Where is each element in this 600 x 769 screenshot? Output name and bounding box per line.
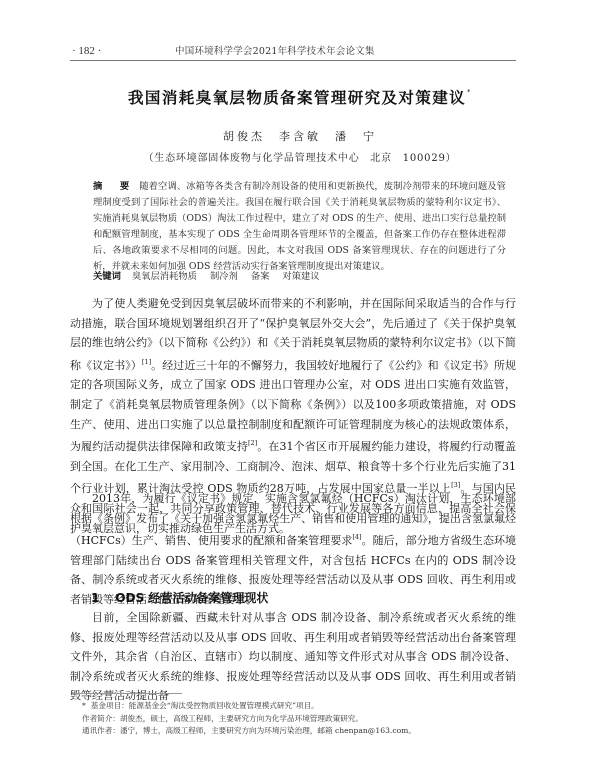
funding-note: *基金项目：能源基金会“淘汰受控物质回收处置管理模式研究”项目。: [82, 700, 512, 713]
abstract-label: 摘 要: [93, 181, 133, 192]
author-bio-note: 作者简介：胡俊杰，硕士，高级工程师，主要研究方向为化学品环境管理政策研究。: [82, 713, 512, 726]
affiliation: （生态环境部固体废物与化学品管理技术中心 北京 100029）: [0, 149, 600, 164]
abstract-text: 随着空调、冰箱等各类含有制冷剂设备的使用和更新换代，废制冷剂带来的环境问题及管理…: [93, 181, 506, 272]
running-header: · 182 · 中国环境科学学会2021年科学技术年会论文集: [70, 44, 516, 60]
footnote-mark: *: [82, 701, 86, 710]
paper-title-text: 我国消耗臭氧层物质备案管理研究及对策建议: [128, 89, 466, 107]
citation-ref: [2]: [248, 439, 257, 447]
document-page: · 182 · 中国环境科学学会2021年科学技术年会论文集 我国消耗臭氧层物质…: [0, 0, 600, 769]
abstract: 摘 要随着空调、冰箱等各类含有制冷剂设备的使用和更新换代，废制冷剂带来的环境问题…: [93, 179, 506, 275]
keywords: 关键词 臭氧层消耗物质 制冷剂 备案 对策建议: [93, 269, 506, 285]
citation-ref: [1]: [142, 358, 151, 366]
footnote-rule: [72, 693, 182, 694]
corresponding-author-note: 通讯作者：潘宁，博士，高级工程师，主要研究方向为环境污染治理，邮箱 chenpa…: [82, 725, 512, 738]
keyword: 对策建议: [282, 271, 319, 282]
title-footnote-mark: *: [467, 88, 472, 96]
journal-name: 中国环境科学学会2021年科学技术年会论文集: [175, 45, 375, 59]
section-heading-1: 1ODS 经营活动备案管理现状: [91, 589, 268, 606]
paper-title: 我国消耗臭氧层物质备案管理研究及对策建议*: [0, 86, 600, 108]
header-rule: [70, 60, 516, 61]
paragraph-text: 目前，全国除新疆、西藏未针对从事含 ODS 制冷设备、制冷系统或者灭火系统的维修…: [70, 608, 516, 706]
page-number: · 182 ·: [72, 44, 101, 58]
paragraph-text: 。经过近三十年的不懈努力，我国较好地履行了《公约》和《议定书》所规定的各项国际义…: [70, 359, 516, 453]
funding-text: 基金项目：能源基金会“淘汰受控物质回收处置管理模式研究”项目。: [91, 701, 319, 710]
keyword: 臭氧层消耗物质: [132, 271, 197, 282]
author-list: 胡俊杰 李含敏 潘 宁: [0, 128, 600, 144]
keywords-label: 关键词: [93, 271, 121, 282]
keyword: 制冷剂: [210, 271, 238, 282]
section-number: 1: [91, 591, 99, 605]
footnotes: *基金项目：能源基金会“淘汰受控物质回收处置管理模式研究”项目。 作者简介：胡俊…: [82, 700, 512, 738]
section-title: ODS 经营活动备案管理现状: [115, 591, 268, 605]
citation-ref: [4]: [352, 533, 361, 541]
body-paragraph-3: 目前，全国除新疆、西藏未针对从事含 ODS 制冷设备、制冷系统或者灭火系统的维修…: [70, 608, 516, 706]
keyword: 备案: [251, 271, 270, 282]
